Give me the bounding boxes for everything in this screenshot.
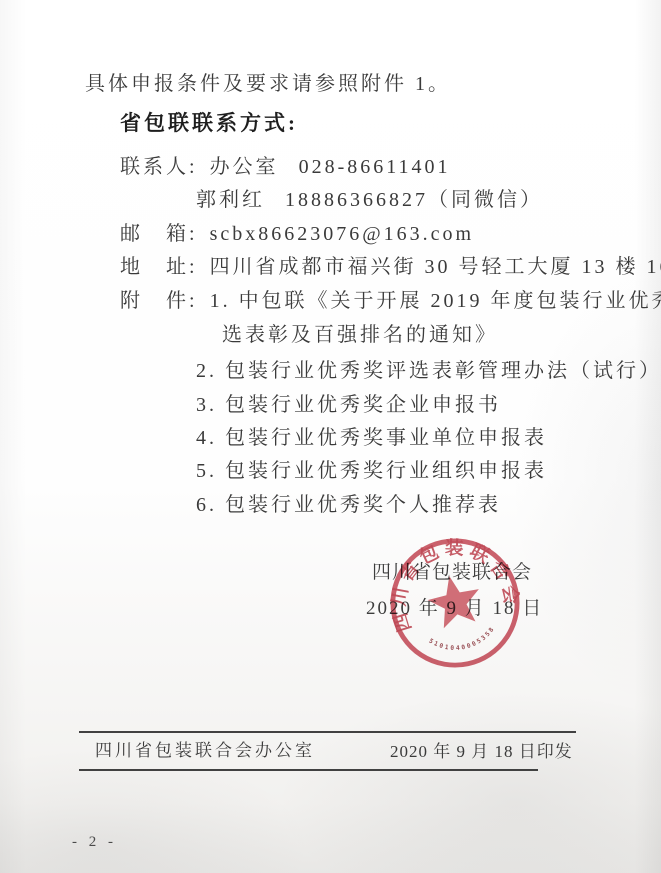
attachments-row: 附 件:1. 中包联《关于开展 2019 年度包装行业优秀奖评 [120, 289, 661, 313]
address-row: 地 址:四川省成都市福兴街 30 号轻工大厦 13 楼 16 号 [120, 255, 661, 279]
attachment-item1-line2: 选表彰及百强排名的通知》 [222, 323, 498, 347]
footer-divider-bottom [79, 769, 538, 771]
contact-person2-phone: 18886366827（同微信） [285, 189, 543, 211]
intro-text: 具体申报条件及要求请参照附件 1。 [85, 72, 451, 96]
seal-star-icon [424, 571, 486, 631]
footer-divider-top [79, 731, 576, 733]
document-page: 具体申报条件及要求请参照附件 1。 省包联联系方式: 联系人:办公室028-86… [0, 0, 661, 873]
contact-person-row: 联系人:办公室028-86611401 [120, 155, 450, 179]
attachment-item3: 3. 包装行业优秀奖企业申报书 [196, 393, 501, 417]
contact-office-phone: 028-86611401 [299, 156, 451, 178]
email-row: 邮 箱:scbx86623076@163.com [120, 222, 474, 246]
page-number: - 2 - [72, 833, 117, 851]
footer-issuer: 四川省包装联合会办公室 [95, 741, 315, 761]
contact-person-label: 联系人: [120, 156, 198, 178]
attachment-item4: 4. 包装行业优秀奖事业单位申报表 [196, 426, 547, 450]
contact-heading: 省包联联系方式: [120, 111, 298, 136]
email-label: 邮 箱: [120, 223, 198, 245]
attachments-label: 附 件: [120, 290, 198, 312]
contact-person2-row: 郭利红18886366827（同微信） [196, 188, 543, 212]
email-value: scbx86623076@163.com [210, 223, 475, 245]
address-value: 四川省成都市福兴街 30 号轻工大厦 13 楼 16 号 [210, 256, 661, 278]
attachment-item1-line1: 1. 中包联《关于开展 2019 年度包装行业优秀奖评 [210, 290, 661, 312]
attachment-item2: 2. 包装行业优秀奖评选表彰管理办法（试行） [196, 359, 661, 383]
attachment-item6: 6. 包装行业优秀奖个人推荐表 [196, 493, 501, 517]
address-label: 地 址: [120, 256, 198, 278]
footer-print-date: 2020 年 9 月 18 日印发 [390, 742, 573, 762]
attachment-item5: 5. 包装行业优秀奖行业组织申报表 [196, 459, 547, 483]
seal-graphic: 四川省包装联合会 5101040005358 [373, 521, 537, 685]
contact-person2-name: 郭利红 [196, 189, 265, 211]
official-seal-stamp: 四川省包装联合会 5101040005358 [373, 521, 537, 685]
contact-office-name: 办公室 [210, 156, 279, 178]
